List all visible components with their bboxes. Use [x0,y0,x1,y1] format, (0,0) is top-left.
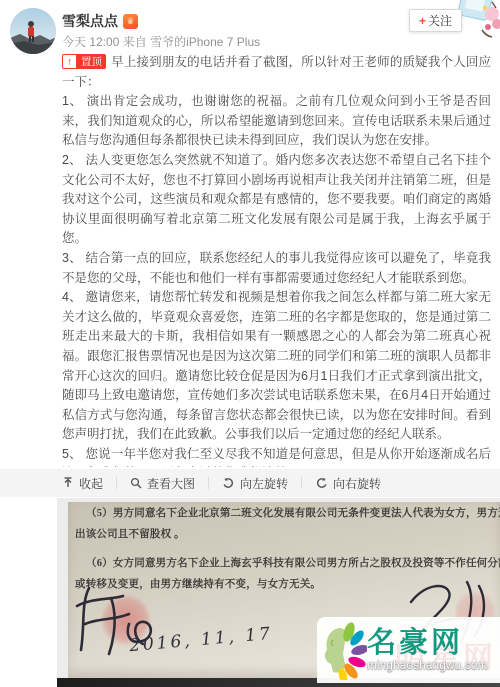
site-watermark: 明星网 名豪网 minghaoshangwu.com [317,617,500,683]
rotate-right-button[interactable]: 向右旋转 [315,475,381,492]
agreement-clause5-line2: 出该公司且不留股权 。 [75,526,185,541]
plus-icon: + [419,14,426,28]
post-paragraph-3: 3、 结合第一点的回应，联系您经纪人的事儿我觉得应该可以避免了，毕竟我不是您的父… [62,249,491,288]
minghao-logo-icon [319,620,367,680]
collapse-label: 收起 [79,475,103,492]
post-paragraph-4: 4、 邀请您来，请您帮忙转发和视频是想着你我之间怎么样都与第二班大家无关才这么做… [62,288,491,445]
toolbar-divider [208,477,209,489]
post-intro-text: 早上接到朋友的电话并看了截图，所以针对王老师的质疑我个人回应一下： [62,55,491,89]
collapse-button[interactable]: 收起 [62,475,103,492]
collapse-icon [62,477,74,489]
post-paragraph-1: 1、 演出肯定会成功，也谢谢您的祝福。之前有几位观众问到小王爷是否回来，我们知道… [62,92,491,151]
source-device: 雪爷的iPhone 7 Plus [150,35,260,49]
rotate-left-icon [222,477,235,489]
follow-button-label: 关注 [428,12,452,29]
pin-arrow-icon: ↑ [62,54,77,69]
agreement-clause6-line1: （6）女方同意男方名下企业上海玄乎科技有限公司男方所占之股权及投资等不作任何分割 [86,555,500,570]
image-toolbar: 收起 查看大图 向左旋转 向右旋转 [0,469,500,497]
toolbar-divider [116,477,117,489]
pinned-badge-label: 置顶 [77,54,106,69]
membership-badge-icon: ♛ [123,14,138,29]
magnifier-icon [130,477,142,489]
agreement-clause5-line1: （5）男方同意名下企业北京第二班文化发展有限公司无条件变更法人代表为女方，男方退 [86,505,500,520]
toolbar-divider [301,477,302,489]
avatar-photo [10,8,56,54]
rotate-left-button[interactable]: 向左旋转 [222,475,288,492]
watermark-site-url: minghaoshangwu.com [367,660,487,672]
attached-document-photo[interactable]: （5）男方同意名下企业北京第二班文化发展有限公司无条件变更法人代表为女方，男方退… [57,498,500,687]
post-content: ↑置顶早上接到朋友的电话并看了截图，所以针对王老师的质疑我个人回应一下： 1、 … [62,53,491,467]
rotate-right-label: 向右旋转 [333,475,381,492]
avatar[interactable] [10,8,56,54]
post-paragraph-2: 2、 法人变更您怎么突然就不知道了。婚内您多次表达您不希望自己名下挂个文化公司不… [62,151,491,249]
rotate-left-label: 向左旋转 [240,475,288,492]
view-large-button[interactable]: 查看大图 [130,475,195,492]
follow-button[interactable]: + 关注 [409,9,462,32]
post-paragraph-intro: ↑置顶早上接到朋友的电话并看了截图，所以针对王老师的质疑我个人回应一下： [62,53,491,92]
username[interactable]: 雪梨点点 [62,11,118,31]
rotate-right-icon [315,477,328,489]
post-meta: 今天 12:00 来自 雪爷的iPhone 7 Plus [62,33,260,50]
view-large-label: 查看大图 [147,475,195,492]
pinned-badge: ↑置顶 [62,54,106,69]
watermark-site-name: 名豪网 [367,628,463,658]
source-prefix: 来自 [123,35,147,49]
timestamp: 今天 12:00 [62,35,119,49]
post-paragraph-5: 5、 您说一年半您对我仁至义尽我不知道是何意思，但是从你开始逐渐成名后这几年我们… [62,445,491,467]
